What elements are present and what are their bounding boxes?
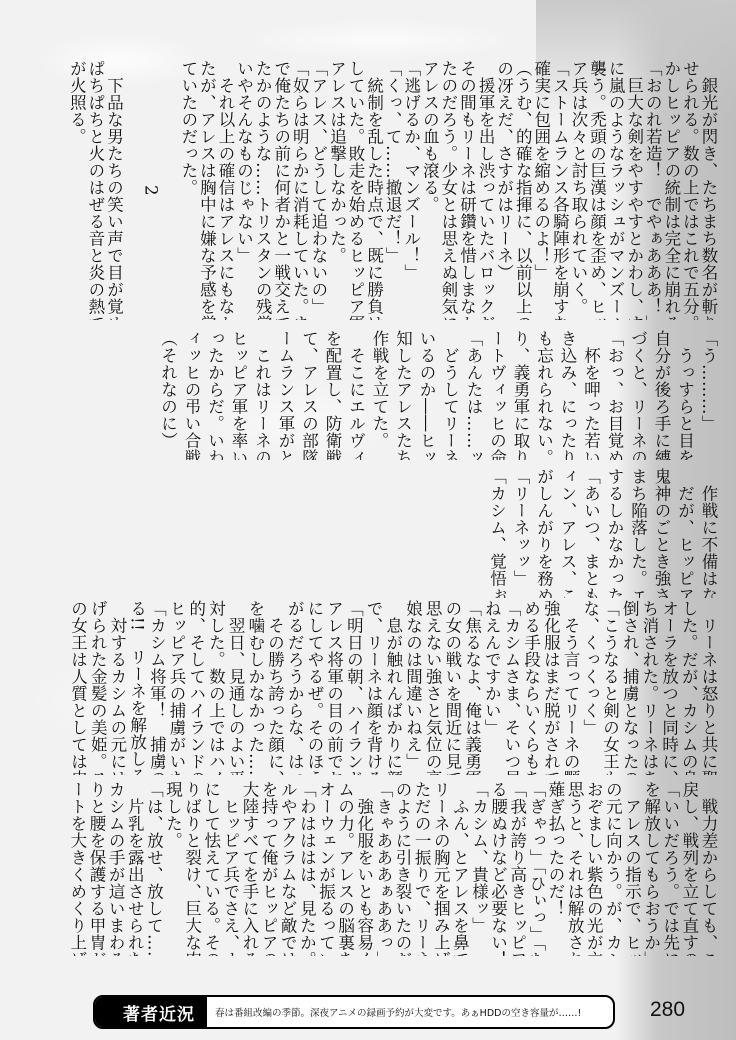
text-column: ヒッピア軍を率いているのはカシムだ — [227, 330, 251, 460]
text-column: 対した。数の上ではハイランドが圧倒 — [208, 600, 228, 775]
text-column: 倒され、捕虜となったのだった。 — [621, 600, 641, 775]
text-column: 「こうなると剣の女王もただの小娘だ — [602, 600, 622, 775]
text-column: 対するカシムの元には両手を縛り上 — [109, 600, 129, 775]
text-column: たのだろう。少女とは思えぬ剣気に、 — [441, 60, 460, 320]
text-column: 「カシムさま、そいつ早くヤッちまわ — [503, 600, 523, 775]
text-column: る!! リーネを解放しろ！」 — [129, 600, 149, 775]
text-column: の女の戦いを間近に見てきた。女とは — [444, 600, 464, 775]
text-column: の元に向かう。が、カシムの右腕から — [605, 781, 624, 956]
text-column: 下品な男たちの笑い声で目が覚めた。 — [107, 60, 126, 320]
text-column: る腰ぬけなど必要ない！」 — [491, 781, 510, 956]
author-note-box: 著者近況 春は番組改編の季節。深夜アニメの録画予約が大変です。あぁHDDの空き容… — [93, 995, 615, 1029]
text-column: のように引き裂いたのだ。 — [395, 781, 414, 956]
text-column: の女王は人質としては申し分ないが、 — [70, 600, 90, 775]
text-column: その間もリーネは研鑽を惜しまなかっ — [460, 60, 479, 320]
text-column: 「奴らは明らかに消耗していた。まる — [293, 60, 312, 320]
text-column: 巨大な剣をやすやすとかわし、すぐ — [627, 60, 646, 320]
text-column: り、義勇軍に取り入った挙句、聖王ル — [509, 330, 533, 460]
text-column: き込み、にったりと笑う。忘れたくと — [556, 330, 580, 460]
text-column: める手段ならいくらもある。 — [523, 600, 543, 775]
text-column: ィッヒの弔い合戦。 — [180, 330, 204, 460]
text-column: たが、アレスは胸中に嫌な予感を覚え — [200, 60, 219, 320]
text-column: 「くっ、て……撤退だ！」 — [386, 60, 405, 320]
text-column: がるだろうからな、はっはははは！」 — [287, 600, 307, 775]
text-column: リーネは怒りと共に聖剣技を繰り出 — [700, 600, 720, 775]
text-column: ヒッピア兵でさえ、カシムを遠巻き — [223, 781, 242, 956]
text-column: に嵐のようなラッシュがマンズールを — [609, 60, 628, 320]
text-column: 「カシム将軍！ 捕虜の交換を提案す — [149, 600, 169, 775]
text-column: ぱちぱちと火のはぜる音と炎の熱で顔 — [88, 60, 107, 320]
text-column: 作戦に不備はなかった。 — [697, 468, 721, 598]
text-column: した。だが、カシムの身体が不気味な — [681, 600, 701, 775]
text-column — [163, 60, 182, 320]
text-column: 現した。 — [165, 781, 184, 956]
text-column: がしんがりを務める！」 — [532, 468, 556, 598]
text-column: アレスは追撃しなかった。 — [330, 60, 349, 320]
text-column: ったからだ。いわばこれは、ルートヴ — [203, 330, 227, 460]
text-column: にして怯えている。その股間の布がば — [204, 781, 223, 956]
text-column: アレス将軍の目の前でお前を嬲りもの — [326, 600, 346, 775]
text-column: するしかなかったのだ。 — [603, 468, 627, 598]
author-note-text: 春は番組改編の季節。深夜アニメの録画予約が大変です。あぁHDDの空き容量が……! — [207, 997, 581, 1027]
text-column — [126, 60, 145, 320]
text-column: （それなのに） — [156, 330, 180, 460]
text-column: 戻し、戦列を立て直すのが定石。 — [682, 781, 701, 956]
text-tier-middle: 「う………」 うっすらと目を開けると空は暗い。自分が後ろ手に縛られていることに気… — [70, 330, 720, 600]
text-column: な、くっくっく」 — [582, 600, 602, 775]
text-block-bottom-upper: リーネは怒りと共に聖剣技を繰り出した。だが、カシムの身体が不気味なオーラを放つと… — [70, 600, 720, 775]
text-column: アレスの指示で、ヒッピア兵が自軍 — [624, 781, 643, 956]
text-column: 「いいだろう。では先にこちらの捕虜 — [663, 781, 682, 956]
text-column: 「あいつ、まともじゃない……エルヴ — [579, 468, 603, 598]
text-tier-top: 銀光が閃き、たちまち数名が斬り伏せられる。数の上ではこれで五分。しかしヒッピアの… — [70, 60, 720, 320]
text-block-middle-lower: 作戦に不備はなかった。 だが、ヒッピア軍を率いるカシムは鬼神のごとき強さを見せ、… — [70, 468, 720, 598]
text-column: も忘れられない。傭兵ホークの名を騙 — [532, 330, 556, 460]
text-column: 翌日、見通しのよい平原で両軍は相 — [227, 600, 247, 775]
text-column: が火照る。 — [70, 60, 89, 320]
text-column: 的、そしてハイランドの下には多数の — [188, 600, 208, 775]
page-number: 280 — [650, 998, 685, 1022]
text-column: ただの一振りで、リーネの強化服を薄布 — [414, 781, 433, 956]
text-column: 「焦るなよ、俺は義勇軍に潜入中、こ — [464, 600, 484, 775]
text-column: を持って俺がヒッピアの、いいやこの — [261, 781, 280, 956]
text-column: 襲う。禿頭の巨漢は顔を歪め、ヒッピ — [590, 60, 609, 320]
text-column: 戦力差からしても、ここは捕虜を取り — [701, 781, 720, 956]
text-column: ートヴィッヒの命を奪った怨敵だ。 — [485, 330, 509, 460]
text-column: ートを大きくめくり上げられると、真 — [70, 781, 89, 956]
text-column: づくと、リーネの記憶が一瞬で甦る。 — [626, 330, 650, 460]
text-column: ていたのだった。 — [181, 60, 200, 320]
text-column: ィン、アレス、ここは撤退よ、あたし — [556, 468, 580, 598]
text-column: 「おっ、お目覚めのようだな」 — [603, 330, 627, 460]
section-number: 2 — [144, 60, 163, 320]
text-column: げられた金髪の美姫。ストームランス — [90, 600, 110, 775]
text-column: どうしてリーネがこの男に囚われて — [438, 330, 462, 460]
text-column: 「アレス、どうして追わないの」 — [311, 60, 330, 320]
text-column: 「逃げるか、マンズール！」 — [404, 60, 423, 320]
text-column: 息が触れんばかりに顔を近づけるの — [385, 600, 405, 775]
text-column: 片乳を露出させられたリーネの腰を、 — [127, 781, 146, 956]
text-column: していた。敗走を始めるヒッピア軍を、 — [348, 60, 367, 320]
text-column: 強化服をいとも容易く破壊するカシ — [357, 781, 376, 956]
text-column: 思うと、それは解放された捕虜たちを — [567, 781, 586, 956]
text-column: リーネの胸元を掴み上げる。そして — [433, 781, 452, 956]
text-column: 大陸すべてを手に入れる！」 — [242, 781, 261, 956]
text-block-bottom-lower: 戦力差からしても、ここは捕虜を取り戻し、戦列を立て直すのが定石。「いいだろう。で… — [70, 781, 720, 956]
text-column: 娘なのは間違いねえ」 — [405, 600, 425, 775]
text-column: 「明日の朝、ハイランド軍の、いいや — [346, 600, 366, 775]
text-column: で、リーネは顔を背ける。 — [365, 600, 385, 775]
text-column: 「は、放せ、放して……あぁっ」 — [146, 781, 165, 956]
text-column: かしヒッピアの統制は完全に崩れる。 — [664, 60, 683, 320]
text-column: いるのか――ヒッピアの再侵攻を察 — [415, 330, 439, 460]
text-column: オーウェンが振るっていた魔剣。 — [318, 781, 337, 956]
author-note-label: 著者近況 — [95, 997, 207, 1027]
text-column: 強化服はまだ脱がされていないが、辱 — [543, 600, 563, 775]
text-column: 思えない強さと気位の高さだ。まだ生 — [424, 600, 444, 775]
text-column: アレスの血も滾る。 — [423, 60, 442, 320]
text-column: て、アレスの部隊が奇襲をかけ、スト — [297, 330, 321, 460]
text-column: ヒッピア兵の捕虜がいた。 — [168, 600, 188, 775]
text-column: まち陥落した。エルヴィンは砦を放棄 — [626, 468, 650, 598]
text-column: その勝ち誇った顔に、リーネはほぞ — [267, 600, 287, 775]
text-column: 「わはははは、見たか。もうマンズー — [299, 781, 318, 956]
text-column: カシムの手が這いまわる。ばきりばき — [108, 781, 127, 956]
text-column: おぞましい紫色の光が立ち上ったかと — [586, 781, 605, 956]
text-column: ア兵は次々と討ち取られていく。 — [571, 60, 590, 320]
text-column: そう言ってリーネの顎に指をかける。 — [562, 600, 582, 775]
text-column: うっすらと目を開けると空は暗い。 — [673, 330, 697, 460]
text-column: 「ぎゃっ」「ひぃっ」「な、なぜ……」 — [529, 781, 548, 956]
text-column: を解放してもらおうか」 — [644, 781, 663, 956]
text-column: 知したアレスたちは、小砦を利用する — [391, 330, 415, 460]
text-column: 「リーネッッ」 — [509, 468, 533, 598]
text-column: 「おのれ若造！ でやぁあああ！」 — [646, 60, 665, 320]
text-column: 「カシム、貴様ッ」 — [471, 781, 490, 956]
text-column: 「きゃあああぁああっ」 — [376, 781, 395, 956]
text-column: 「あんたは……ッ！」 — [462, 330, 486, 460]
text-column: 作戦を立てた。 — [368, 330, 392, 460]
text-column: 「カシム、覚悟ぉお――――ッッ」 — [485, 468, 509, 598]
text-column: いやそんなものじゃない」 — [237, 60, 256, 320]
text-column: 自分が後ろ手に縛られていることに気 — [650, 330, 674, 460]
text-column: 銀光が閃き、たちまち数名が斬り伏 — [701, 60, 720, 320]
text-column: を噛むしかなかった……。 — [247, 600, 267, 775]
text-column: ムの力。アレスの脳裏をよぎったのは、 — [338, 781, 357, 956]
text-column: 統制を乱した時点で、既に勝負は決 — [367, 60, 386, 320]
text-column: そこにエルヴィンの率いる精鋭部隊 — [344, 330, 368, 460]
text-column: これはリーネの強い希望。なぜなら — [250, 330, 274, 460]
text-column: を配置し、防衛戦に持ち込むふりをし — [321, 330, 345, 460]
text-column: 確実に包囲を縮めるのよ！」 — [534, 60, 553, 320]
text-column: せられる。数の上ではこれで五分。し — [683, 60, 702, 320]
text-column: 鬼神のごとき強さを見せ、小砦はたち — [650, 468, 674, 598]
text-column: 薙ぎ払ったのだ！ — [548, 781, 567, 956]
text-column: 「う………」 — [697, 330, 721, 460]
text-column: りばりと裂け、巨大な肉の凶器が姿を — [185, 781, 204, 956]
text-column: で俺たちの前に何者かと一戦交えてい — [274, 60, 293, 320]
text-column: 「我が誇り高きヒッピアに、捕虜とな — [510, 781, 529, 956]
text-column: りと腰を保護する甲冑が砕かれ、スカ — [89, 781, 108, 956]
text-column: オーラを放つと同時に、聖剣の光は打 — [661, 600, 681, 775]
text-column: 杯を呷った若い男がリーネの顔を覗 — [579, 330, 603, 460]
text-column: それ以上の確信はアレスにもなかっ — [218, 60, 237, 320]
text-column: にしてやるぜ。そのほうがヤツも悔し — [306, 600, 326, 775]
text-column: の冴えだ、さすがはリーネ） — [497, 60, 516, 320]
text-block-middle-upper: 「う………」 うっすらと目を開けると空は暗い。自分が後ろ手に縛られていることに気… — [70, 330, 720, 460]
text-column: （うむ、的確な指揮に、以前以上の剣 — [516, 60, 535, 320]
text-column: 援軍を出し渋っていたバロックだが、 — [478, 60, 497, 320]
text-column: ねえんですかい」 — [484, 600, 504, 775]
text-column: ち消された。リーネはあっけなく打ち — [641, 600, 661, 775]
text-column: だが、ヒッピア軍を率いるカシムは — [673, 468, 697, 598]
text-column: 「ストームランス各騎陣形を崩すな！ — [553, 60, 572, 320]
text-column: ルやアクラムなど敵ではない。この力 — [280, 781, 299, 956]
text-column: ふん、とアレスを鼻であざ笑うや、 — [452, 781, 471, 956]
text-column: たかのような……トリスタンの残覚、 — [256, 60, 275, 320]
text-column: ームランス軍がとどめを刺す。 — [274, 330, 298, 460]
text-tier-bottom: リーネは怒りと共に聖剣技を繰り出した。だが、カシムの身体が不気味なオーラを放つと… — [70, 600, 720, 980]
